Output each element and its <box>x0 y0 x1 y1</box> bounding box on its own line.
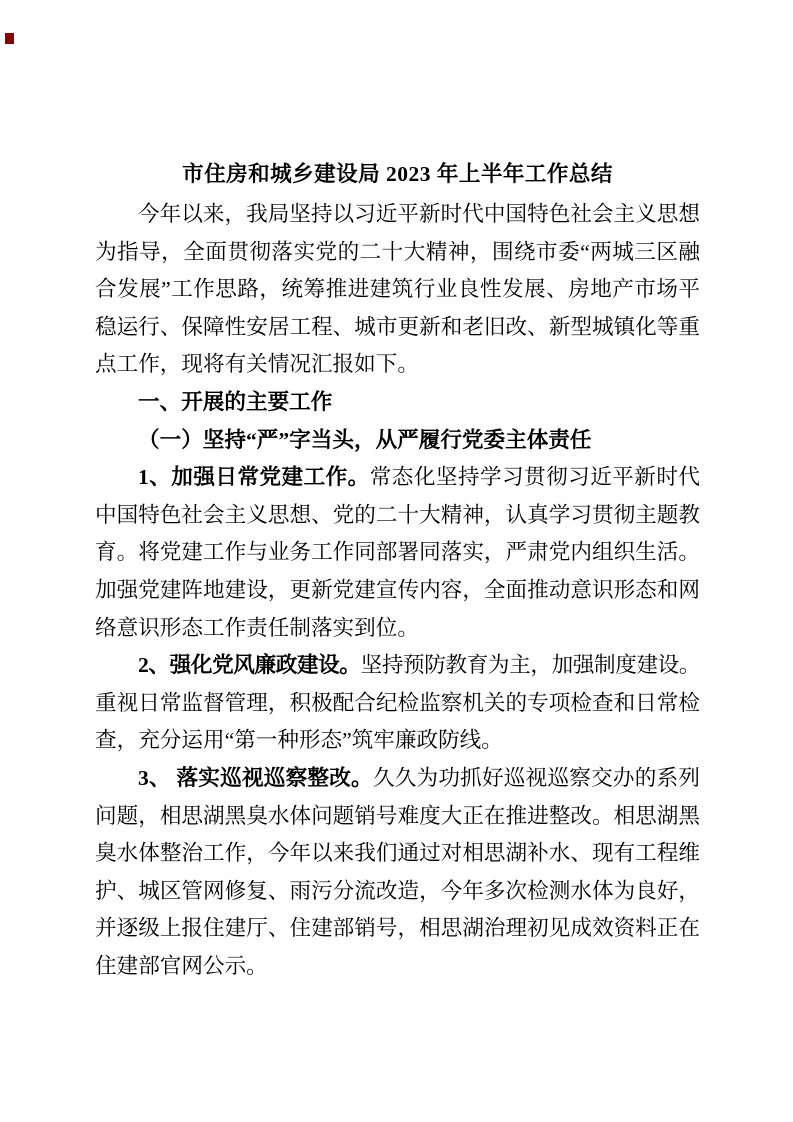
item1-line: 1、加强日常党建工作。常态化坚持学习贯彻习近平新时代 <box>95 459 700 497</box>
document-title: 市住房和城乡建设局 2023 年上半年工作总结 <box>95 159 700 189</box>
section-heading: 一、开展的主要工作 <box>95 384 700 422</box>
intro-line: 合发展”工作思路，统筹推进建筑行业良性发展、房地产市场平 <box>95 271 700 309</box>
item3-line: 3、 落实巡视巡察整改。久久为功抓好巡视巡察交办的系列 <box>95 760 700 798</box>
item2-line: 重视日常监督管理，积极配合纪检监察机关的专项检查和日常检 <box>95 685 700 723</box>
item1-line: 络意识形态工作责任制落实到位。 <box>95 610 700 648</box>
item3-line: 问题，相思湖黑臭水体问题销号难度大正在推进整改。相思湖黑 <box>95 798 700 836</box>
item3-line: 护、城区管网修复、雨污分流改造，今年多次检测水体为良好， <box>95 873 700 911</box>
intro-line: 点工作，现将有关情况汇报如下。 <box>95 346 700 384</box>
item3-line: 并逐级上报住建厅、住建部销号，相思湖治理初见成效资料正在 <box>95 910 700 948</box>
item2-lead: 2、强化党风廉政建设。 <box>138 653 361 677</box>
intro-line: 今年以来，我局坚持以习近平新时代中国特色社会主义思想 <box>95 196 700 234</box>
subsection-heading: （一）坚持“严”字当头，从严履行党委主体责任 <box>95 422 700 460</box>
document-body: 市住房和城乡建设局 2023 年上半年工作总结 今年以来，我局坚持以习近平新时代… <box>95 159 700 985</box>
item1-line: 加强党建阵地建设，更新党建宣传内容，全面推动意识形态和网 <box>95 572 700 610</box>
item3-line: 臭水体整治工作，今年以来我们通过对相思湖补水、现有工程维 <box>95 835 700 873</box>
item1-line: 育。将党建工作与业务工作同部署同落实，严肃党内组织生活。 <box>95 534 700 572</box>
document-page: 市住房和城乡建设局 2023 年上半年工作总结 今年以来，我局坚持以习近平新时代… <box>0 0 793 1122</box>
item1-line: 中国特色社会主义思想、党的二十大精神，认真学习贯彻主题教 <box>95 497 700 535</box>
item2-line: 2、强化党风廉政建设。坚持预防教育为主，加强制度建设。 <box>95 647 700 685</box>
item2-text: 坚持预防教育为主，加强制度建设。 <box>361 653 700 677</box>
item1-text: 常态化坚持学习贯彻习近平新时代 <box>370 465 700 489</box>
item3-lead: 3、 落实巡视巡察整改。 <box>138 766 373 790</box>
item1-lead: 1、加强日常党建工作。 <box>138 465 370 489</box>
red-corner-marker <box>5 33 14 44</box>
intro-line: 为指导，全面贯彻落实党的二十大精神，围绕市委“两城三区融 <box>95 234 700 272</box>
item2-line: 查，充分运用“第一种形态”筑牢廉政防线。 <box>95 722 700 760</box>
intro-line: 稳运行、保障性安居工程、城市更新和老旧改、新型城镇化等重 <box>95 309 700 347</box>
item3-text: 久久为功抓好巡视巡察交办的系列 <box>373 766 700 790</box>
item3-line: 住建部官网公示。 <box>95 948 700 986</box>
